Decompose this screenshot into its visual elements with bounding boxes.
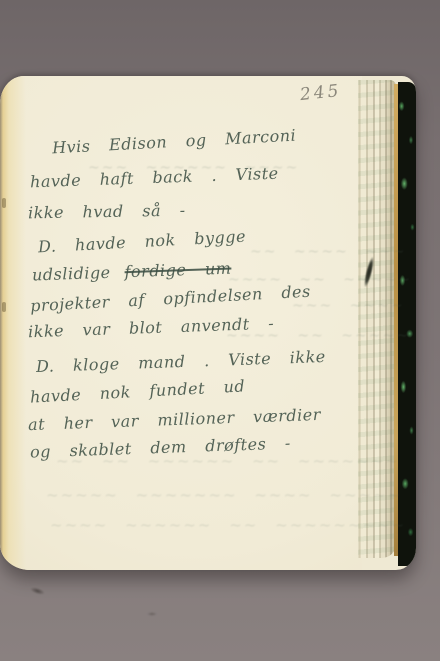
bleedthrough-line: ~~ ~~~~ ~~~ — [250, 244, 406, 260]
bleedthrough-line: ~~~~ ~~ ~~~~~ — [228, 272, 412, 288]
surface-smudge — [147, 612, 157, 616]
bleedthrough-line: ~~~~ ~~ ~~~~~ — [226, 328, 410, 344]
handwriting-line: ikke hvad så - — [28, 201, 186, 223]
gutter-notch — [2, 198, 6, 208]
bleedthrough-line: ~~~ ~~~~ — [292, 298, 405, 314]
handwriting-word: udslidige — [32, 263, 111, 285]
struck-through-words: fordige um — [124, 259, 231, 282]
gutter-notch — [2, 302, 6, 312]
notebook: 245 Hvis Edison og Marconi havde haft ba… — [0, 76, 416, 570]
surface-smudge — [29, 586, 45, 596]
bleedthrough-line: ~~~~ ~~~~~~ ~~ ~~~~~~~~~ — [50, 516, 406, 534]
bleedthrough-line: ~~~~~ ~~~~~~~ ~~~~ ~~~~~ — [46, 486, 402, 504]
photo-of-notebook: 245 Hvis Edison og Marconi havde haft ba… — [0, 0, 440, 661]
bleedthrough-line: ~~ ~~ ~~~~~~ ~~ ~~~~~~~ — [56, 452, 400, 470]
bleedthrough-line: ~~~ ~~~~~~ ~~~~ — [88, 160, 299, 176]
